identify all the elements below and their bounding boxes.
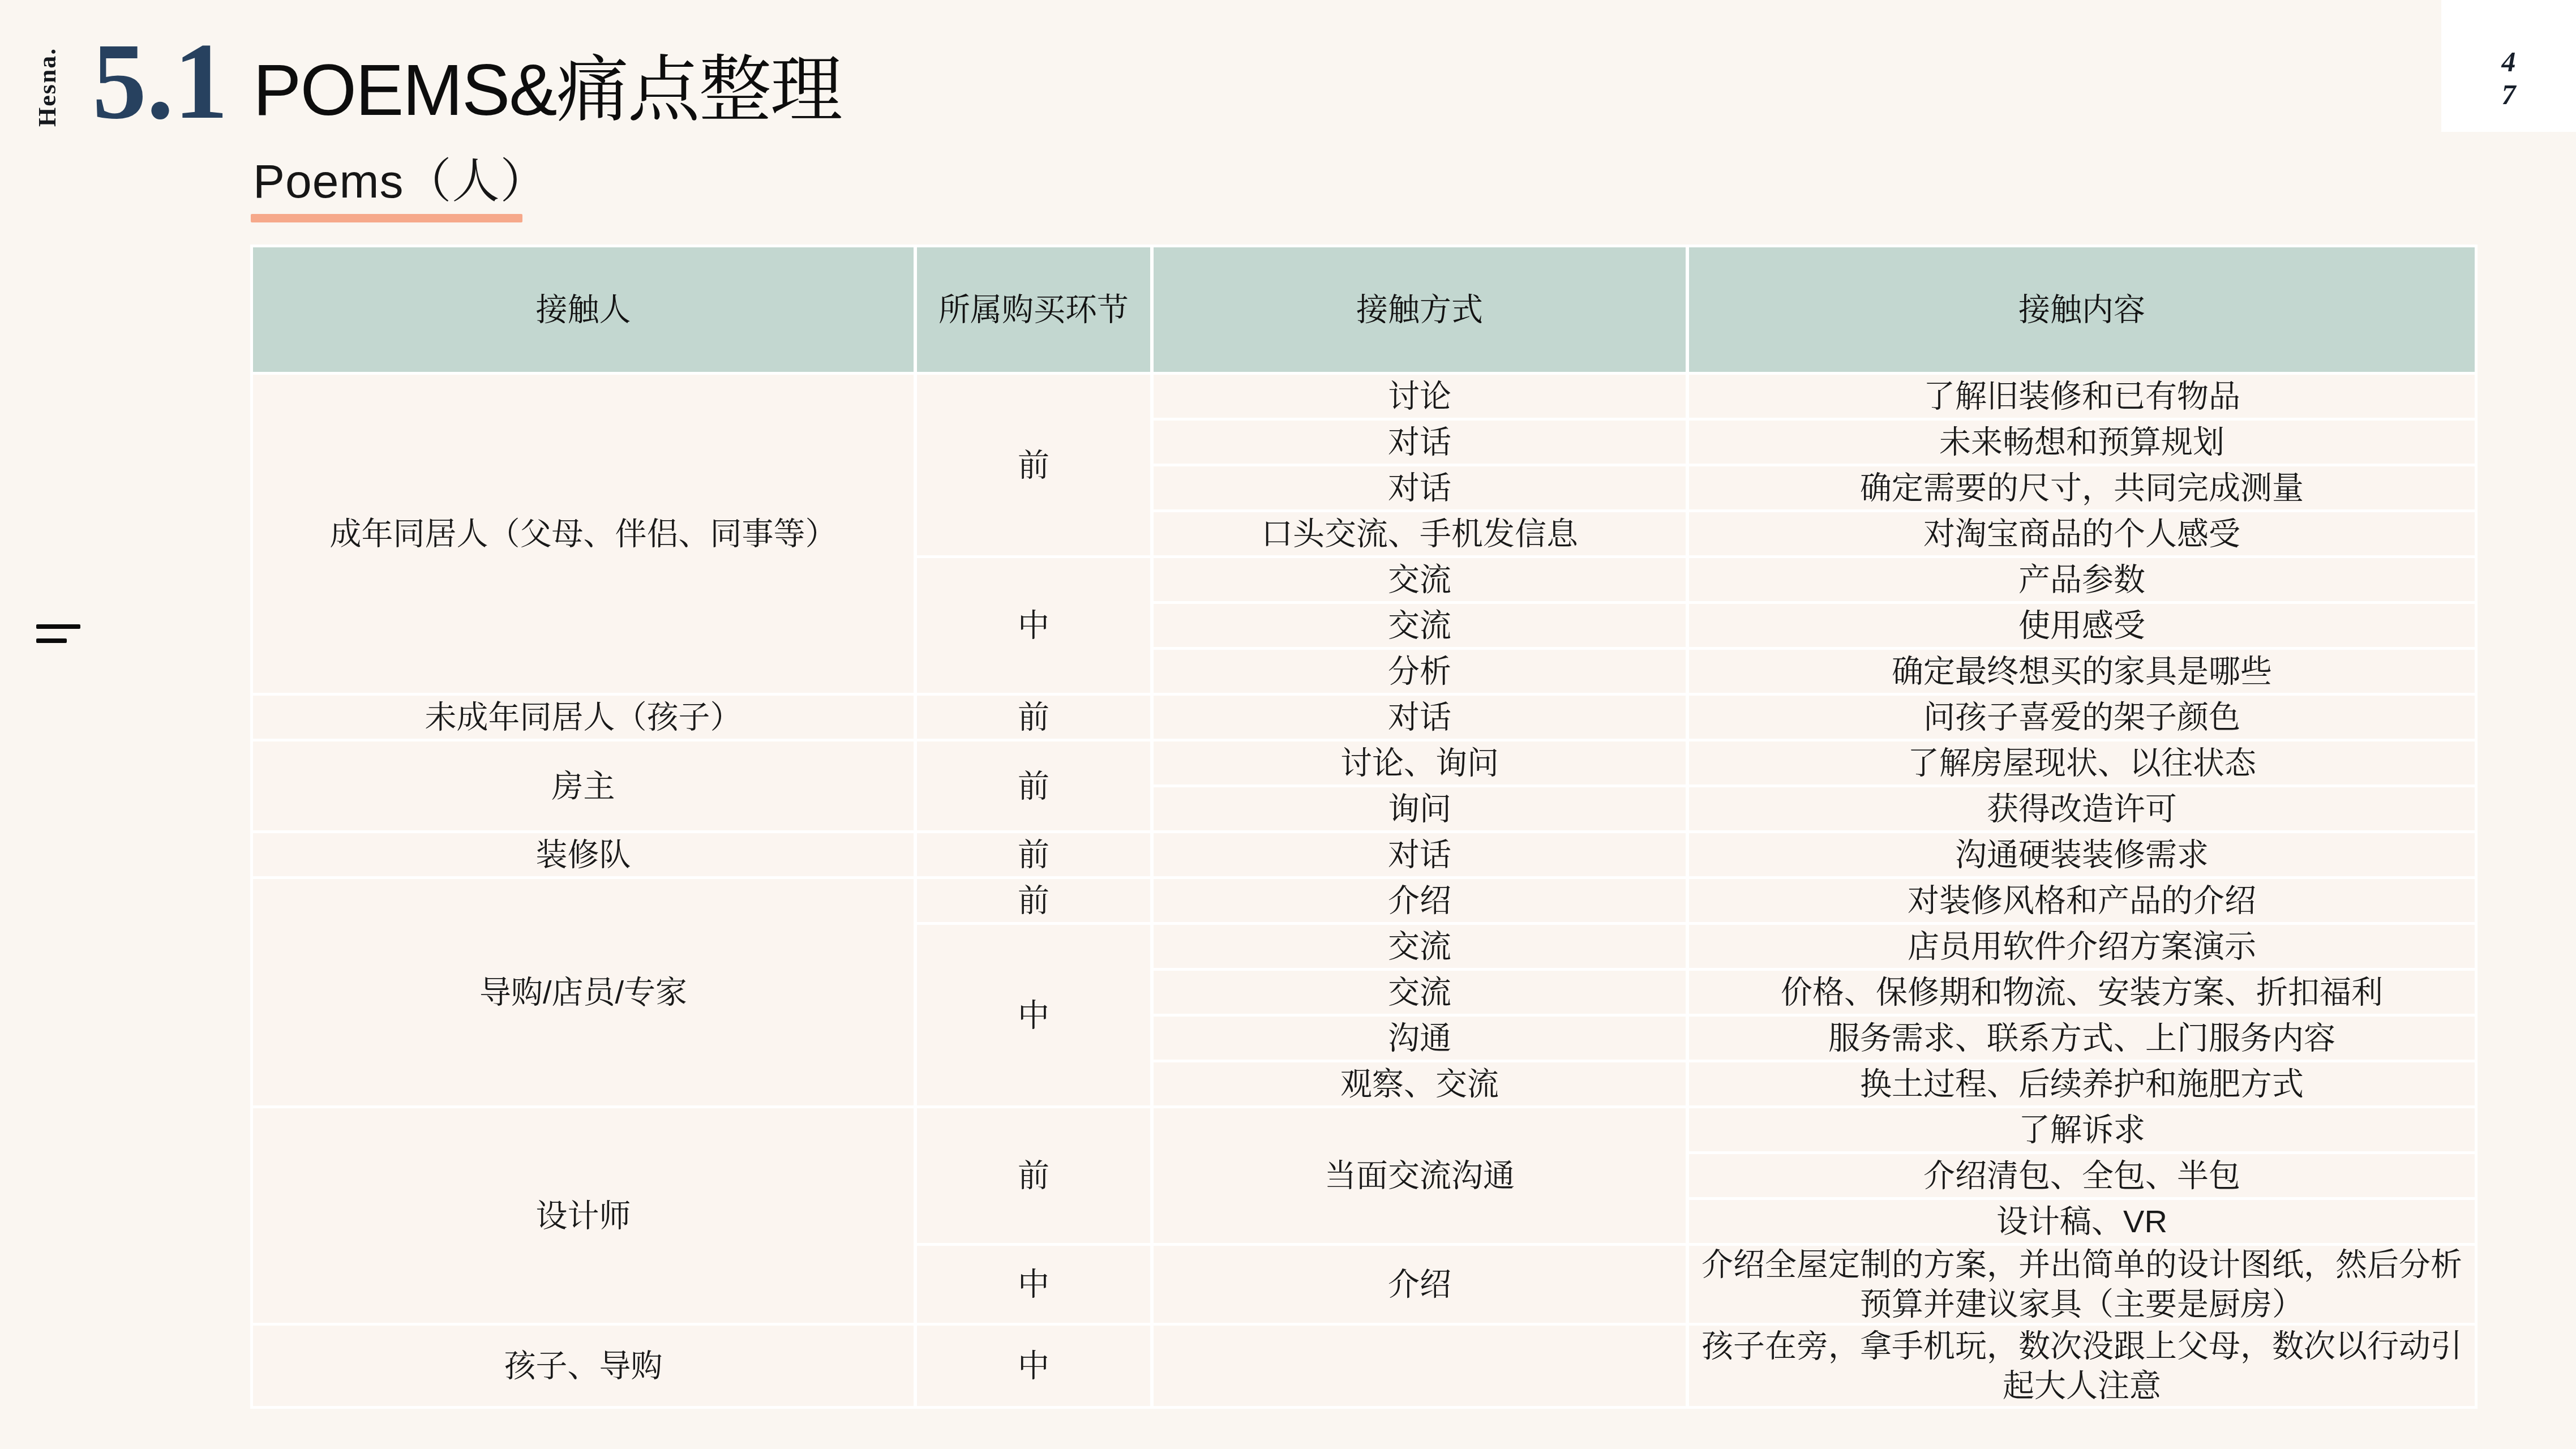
- method-cell-empty: [1154, 1326, 1686, 1406]
- stage-cell: 前: [917, 879, 1150, 922]
- method-cell: 口头交流、手机发信息: [1154, 512, 1686, 555]
- method-cell: 对话: [1154, 833, 1686, 876]
- content-cell: 获得改造许可: [1689, 787, 2475, 830]
- stage-cell: 前: [917, 833, 1150, 876]
- stage-cell: 前: [917, 375, 1150, 555]
- method-cell: 对话: [1154, 421, 1686, 464]
- poems-table: 接触人 所属购买环节 接触方式 接触内容 成年同居人（父母、伴侣、同事等） 未成…: [250, 245, 2478, 1409]
- content-cell: 沟通硬装装修需求: [1689, 833, 2475, 876]
- content-cell: 介绍清包、全包、半包: [1689, 1154, 2475, 1197]
- method-cell: 对话: [1154, 466, 1686, 509]
- column-header-stage: 所属购买环节: [917, 247, 1150, 372]
- method-cell: 沟通: [1154, 1017, 1686, 1060]
- content-cell: 对淘宝商品的个人感受: [1689, 512, 2475, 555]
- content-cell: 店员用软件介绍方案演示: [1689, 925, 2475, 968]
- menu-icon[interactable]: [36, 624, 80, 644]
- content-cell: 产品参数: [1689, 558, 2475, 601]
- page-title: POEMS&痛点整理: [253, 54, 842, 127]
- contact-cell: 孩子、导购: [253, 1326, 914, 1406]
- section-number: 5.1: [92, 27, 228, 136]
- stage-cell: 前: [917, 741, 1150, 830]
- method-cell: 观察、交流: [1154, 1062, 1686, 1105]
- contact-cell: 装修队: [253, 833, 914, 876]
- column-header-contact: 接触人: [253, 247, 914, 372]
- menu-icon-bar: [36, 624, 80, 629]
- method-cell: 询问: [1154, 787, 1686, 830]
- content-cell: 未来畅想和预算规划: [1689, 421, 2475, 464]
- brand-logo: Hesna.: [33, 48, 62, 127]
- content-cell: 问孩子喜爱的架子颜色: [1689, 696, 2475, 739]
- content-cell: 了解房屋现状、以往状态: [1689, 741, 2475, 784]
- page-number: 4 7: [2441, 0, 2576, 132]
- method-cell: 交流: [1154, 925, 1686, 968]
- method-cell: 当面交流沟通: [1154, 1108, 1686, 1243]
- content-cell: 换土过程、后续养护和施肥方式: [1689, 1062, 2475, 1105]
- content-cell: 服务需求、联系方式、上门服务内容: [1689, 1017, 2475, 1060]
- slide-page: Hesna. 4 7 5.1 POEMS&痛点整理 Poems（人） 接触人 所…: [0, 0, 2576, 1449]
- column-header-content: 接触内容: [1689, 247, 2475, 372]
- method-cell: 介绍: [1154, 879, 1686, 922]
- content-cell: 确定需要的尺寸，共同完成测量: [1689, 466, 2475, 509]
- method-cell: 介绍: [1154, 1246, 1686, 1323]
- content-cell: 孩子在旁，拿手机玩，数次没跟上父母，数次以行动引起大人注意: [1689, 1326, 2475, 1406]
- stage-cell: 中: [917, 558, 1150, 693]
- contact-cell: 导购/店员/专家: [253, 879, 914, 1105]
- method-cell: 交流: [1154, 971, 1686, 1014]
- page-number-digit: 4: [2502, 45, 2516, 78]
- contact-cell: 设计师: [253, 1108, 914, 1323]
- contact-cell: 未成年同居人（孩子）: [253, 696, 914, 739]
- content-cell: 了解旧装修和已有物品: [1689, 375, 2475, 418]
- content-cell: 设计稿、VR: [1689, 1200, 2475, 1243]
- method-cell: 对话: [1154, 696, 1686, 739]
- contact-cell: 房主: [253, 741, 914, 830]
- content-cell: 了解诉求: [1689, 1108, 2475, 1151]
- content-cell: 使用感受: [1689, 604, 2475, 647]
- stage-cell: 前: [917, 696, 1150, 739]
- contact-cell: 成年同居人（父母、伴侣、同事等）: [253, 375, 914, 693]
- method-cell: 分析: [1154, 650, 1686, 693]
- page-subtitle: Poems（人）: [253, 155, 548, 207]
- stage-cell: 中: [917, 925, 1150, 1105]
- stage-cell: 中: [917, 1326, 1150, 1406]
- page-number-digit: 7: [2502, 78, 2516, 111]
- method-cell: 交流: [1154, 604, 1686, 647]
- method-cell: 交流: [1154, 558, 1686, 601]
- column-header-method: 接触方式: [1154, 247, 1686, 372]
- content-cell: 价格、保修期和物流、安装方案、折扣福利: [1689, 971, 2475, 1014]
- stage-cell: 前: [917, 1108, 1150, 1243]
- content-cell: 对装修风格和产品的介绍: [1689, 879, 2475, 922]
- menu-icon-bar: [36, 638, 67, 643]
- stage-cell: 中: [917, 1246, 1150, 1323]
- content-cell: 介绍全屋定制的方案，并出简单的设计图纸，然后分析预算并建议家具（主要是厨房）: [1689, 1246, 2475, 1323]
- method-cell: 讨论、询问: [1154, 741, 1686, 784]
- method-cell: 讨论: [1154, 375, 1686, 418]
- content-cell: 确定最终想买的家具是哪些: [1689, 650, 2475, 693]
- accent-underline: [251, 214, 522, 222]
